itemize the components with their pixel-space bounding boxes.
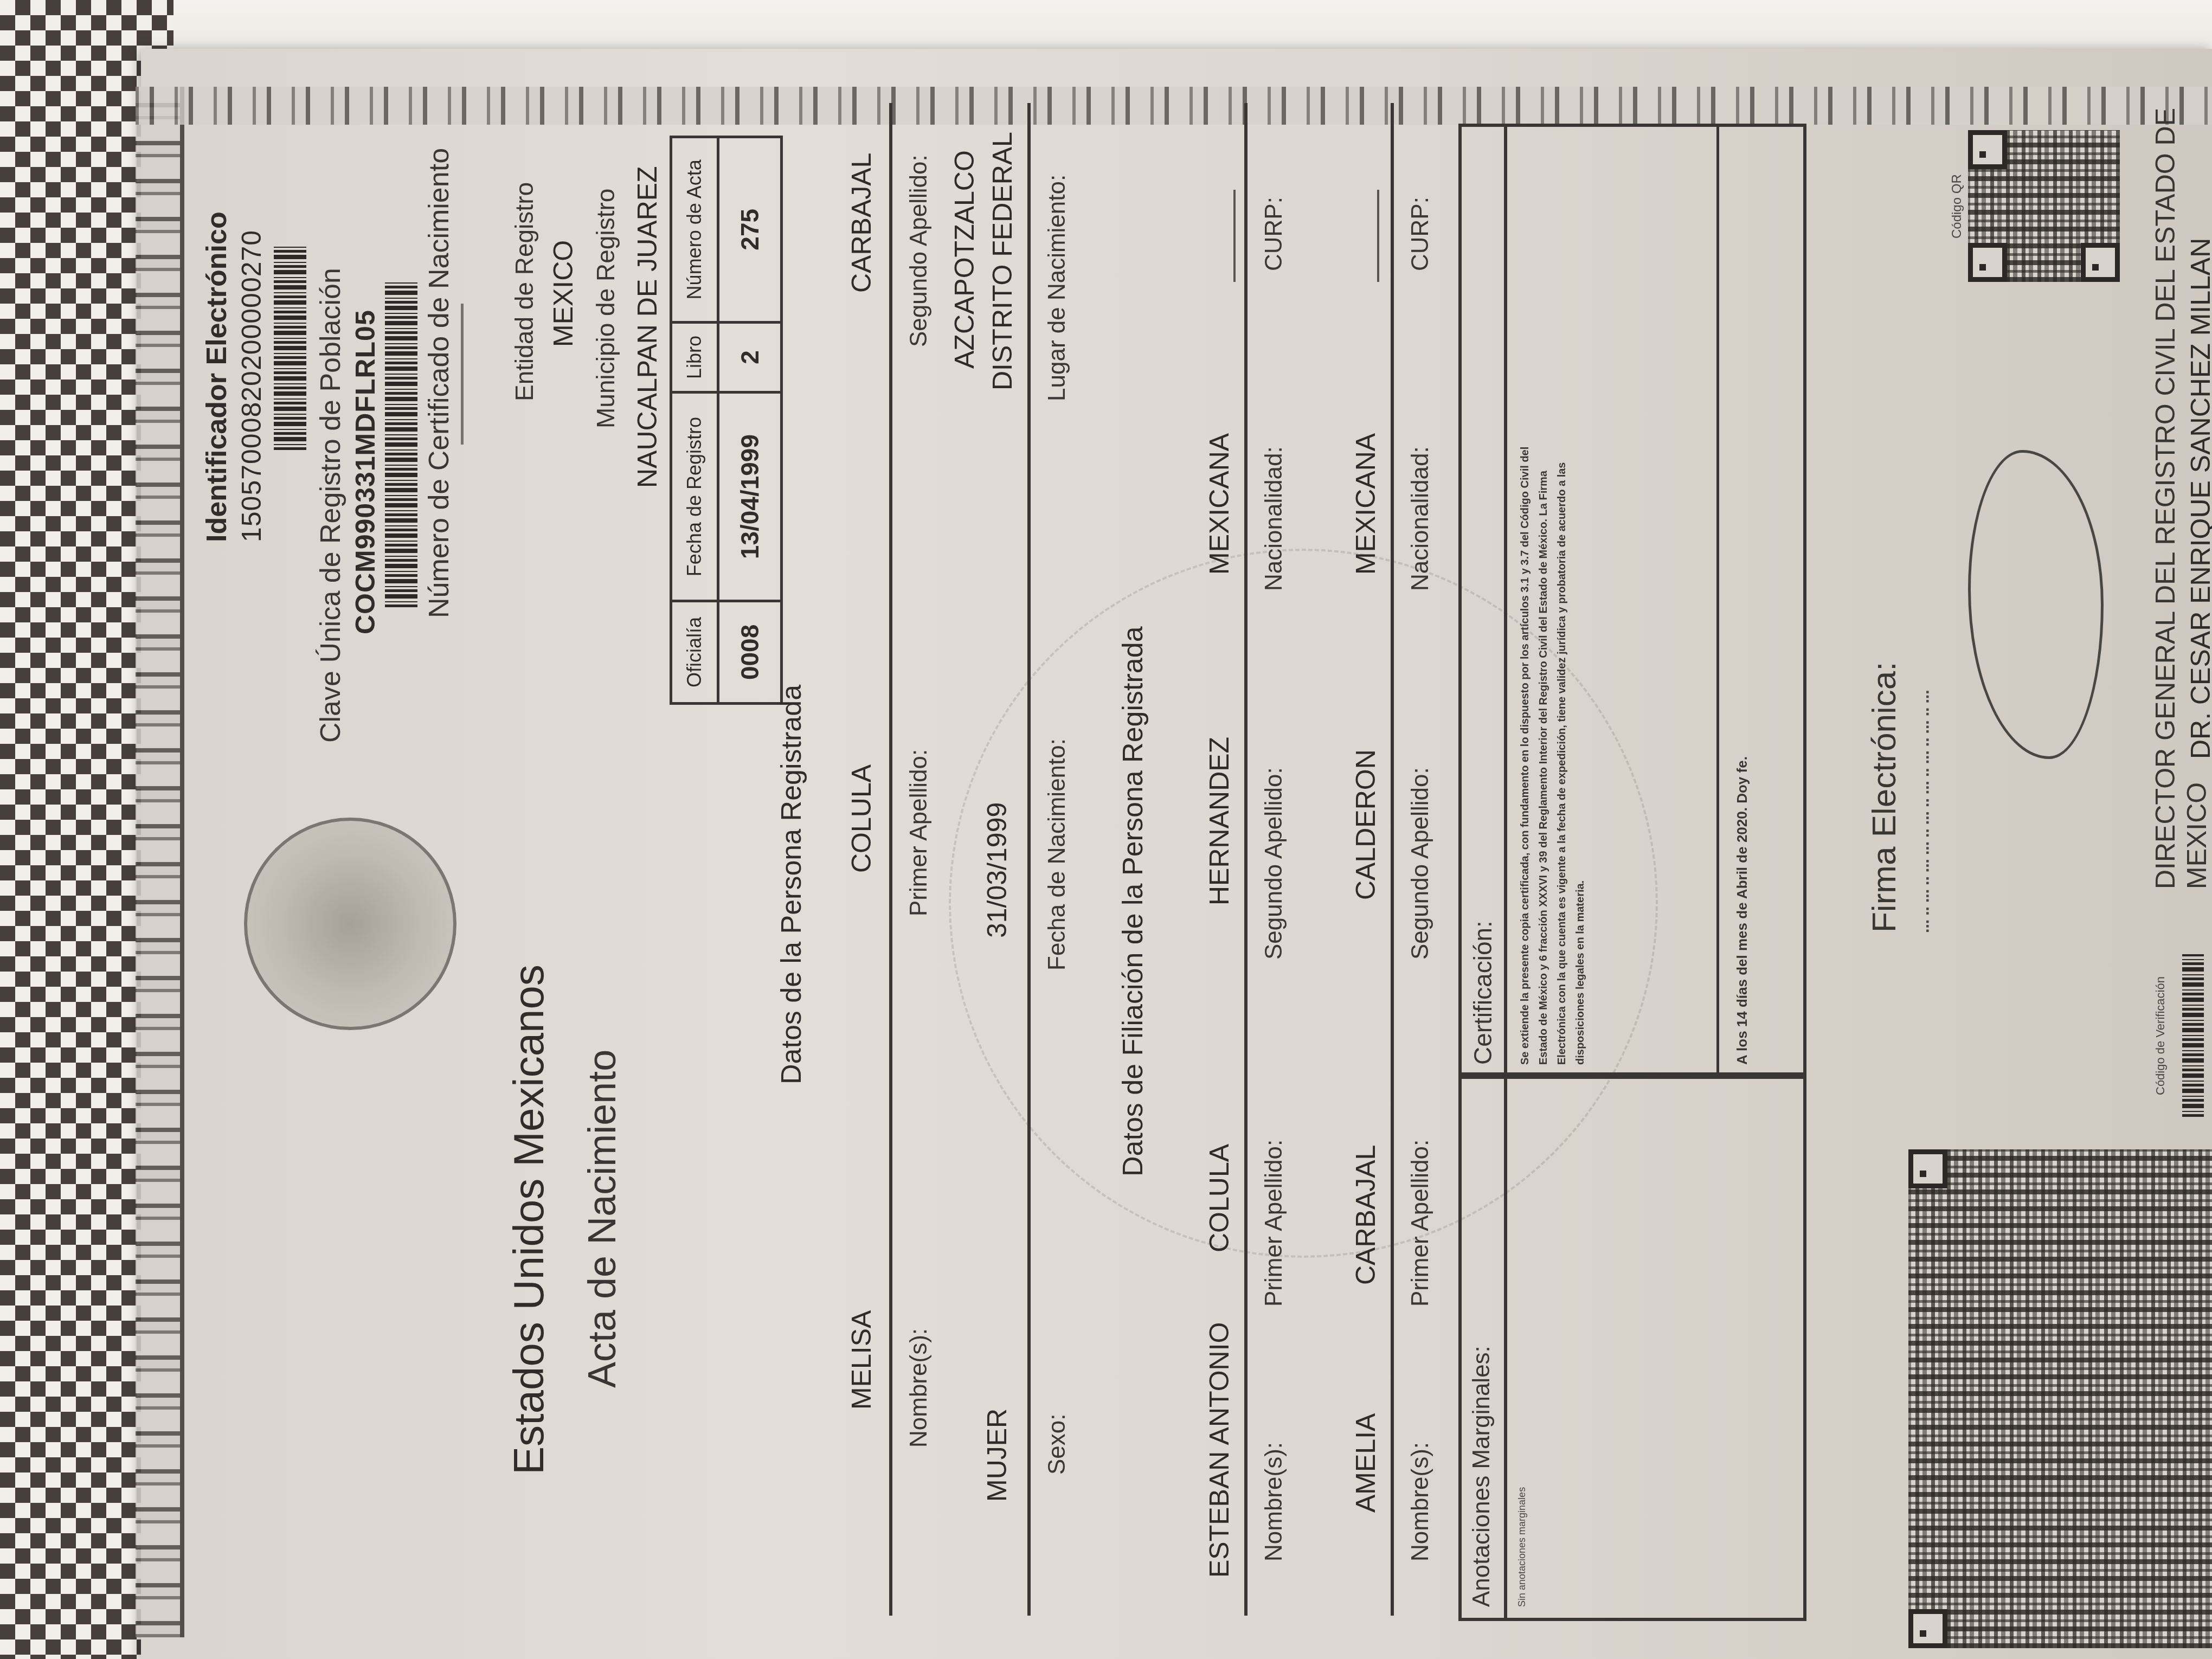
marginal-notes-box: Anotaciones Marginales: Sin anotaciones … bbox=[1458, 1072, 1806, 1621]
registered-person-section-title: Datos de la Persona Registrada bbox=[775, 685, 808, 1084]
registry-entity-label: Entidad de Registro bbox=[510, 182, 539, 401]
registry-table-cell: 13/04/1999 bbox=[718, 393, 782, 601]
qr-finder-icon bbox=[1968, 243, 2007, 282]
ornamental-border-top bbox=[136, 87, 184, 1637]
verification-barcode bbox=[2182, 954, 2204, 1117]
birth-certificate-number-value-line bbox=[461, 304, 464, 445]
verification-qr-code[interactable] bbox=[1908, 1149, 2212, 1648]
electronic-id-barcode bbox=[274, 244, 306, 450]
divider bbox=[1504, 127, 1507, 1076]
electronic-id-label: Identificador Electrónico bbox=[201, 211, 233, 542]
father-first-surname: COLULA bbox=[1204, 1144, 1235, 1252]
person-sex: MUJER bbox=[981, 1409, 1013, 1502]
divider bbox=[889, 103, 892, 1616]
document-frame: Estados Unidos Mexicanos Acta de Nacimie… bbox=[136, 87, 2212, 1637]
coat-of-arms-seal-icon bbox=[244, 818, 456, 1030]
father-nationality-label: Nacionalidad: bbox=[1261, 446, 1288, 591]
father-given-names: ESTEBAN ANTONIO bbox=[1204, 1322, 1235, 1578]
qr-code[interactable] bbox=[1968, 130, 2120, 282]
qr-finder-icon bbox=[2081, 243, 2120, 282]
person-birth-place-line2: DISTRITO FEDERAL bbox=[987, 132, 1018, 390]
electronic-id-value: 15057000820200000270 bbox=[236, 230, 267, 542]
qr-finder-icon bbox=[1908, 1149, 1947, 1188]
qr-code-label: Código QR bbox=[1949, 174, 1965, 239]
person-first-surname-label: Primer Apellido: bbox=[905, 749, 933, 916]
certification-label: Certificación: bbox=[1468, 921, 1497, 1065]
verification-code-label: Código de Verificación bbox=[2152, 976, 2169, 1095]
registry-table-header: Oficialía bbox=[671, 601, 718, 703]
certification-text: Se extiende la presente copia certificad… bbox=[1516, 441, 1590, 1065]
registry-entity-value: MEXICO bbox=[548, 240, 579, 347]
mother-second-surname: CALDERON bbox=[1350, 749, 1381, 900]
father-second-surname-label: Segundo Apellido: bbox=[1261, 767, 1288, 960]
person-birth-place-line1: AZCAPOTZALCO bbox=[949, 150, 980, 369]
handwritten-signature-icon bbox=[1968, 450, 2104, 759]
document-title: Acta de Nacimiento bbox=[580, 1050, 625, 1388]
registry-table-cell: 0008 bbox=[718, 601, 782, 703]
mother-first-surname: CARBAJAL bbox=[1350, 1145, 1381, 1285]
country-title: Estados Unidos Mexicanos bbox=[504, 964, 554, 1475]
registry-table-cell: 275 bbox=[718, 137, 782, 323]
father-nationality: MEXICANA bbox=[1204, 433, 1235, 575]
mother-second-surname-label: Segundo Apellido: bbox=[1407, 767, 1434, 960]
marginal-notes-label: Anotaciones Marginales: bbox=[1468, 1346, 1495, 1607]
certification-box: Certificación: Se extiende la presente c… bbox=[1458, 124, 1806, 1079]
filiation-section-title: Datos de Filiación de la Persona Registr… bbox=[1117, 626, 1149, 1176]
registry-table: Oficialía Fecha de Registro Libro Número… bbox=[670, 136, 783, 705]
registry-municipality-label: Municipio de Registro bbox=[591, 189, 620, 428]
mother-given-names-label: Nombre(s): bbox=[1407, 1442, 1434, 1561]
person-sex-label: Sexo: bbox=[1044, 1413, 1071, 1475]
registry-table-header: Fecha de Registro bbox=[671, 393, 718, 601]
qr-finder-icon bbox=[1968, 130, 2007, 169]
curp-label: Clave Única de Registro de Población bbox=[314, 268, 347, 743]
mother-first-surname-label: Primer Apellido: bbox=[1407, 1140, 1434, 1307]
divider bbox=[1716, 127, 1719, 1076]
mother-nationality: MEXICANA bbox=[1350, 433, 1381, 575]
marginal-notes-text: Sin anotaciones marginales bbox=[1514, 1487, 1530, 1607]
curp-value: COCM990331MDFLRL05 bbox=[350, 310, 381, 634]
person-first-surname: COLULA bbox=[846, 764, 877, 873]
divider bbox=[1504, 1076, 1507, 1618]
father-second-surname: HERNANDEZ bbox=[1204, 737, 1235, 905]
divider bbox=[1391, 103, 1394, 1616]
person-given-names: MELISA bbox=[846, 1310, 877, 1410]
father-given-names-label: Nombre(s): bbox=[1261, 1442, 1288, 1561]
mother-curp-label: CURP: bbox=[1407, 197, 1434, 271]
mother-curp-value-line bbox=[1377, 190, 1379, 282]
person-second-surname: CARBAJAL bbox=[846, 153, 877, 293]
registry-table-cell: 2 bbox=[718, 322, 782, 393]
divider bbox=[1027, 103, 1031, 1616]
ornamental-border-side bbox=[136, 87, 2212, 125]
person-given-names-label: Nombre(s): bbox=[905, 1328, 933, 1448]
mother-given-names: AMELIA bbox=[1350, 1413, 1381, 1513]
person-birth-date: 31/03/1999 bbox=[981, 802, 1013, 938]
father-first-surname-label: Primer Apellido: bbox=[1261, 1140, 1288, 1307]
registry-municipality-value: NAUCALPAN DE JUAREZ bbox=[632, 166, 663, 488]
father-curp-label: CURP: bbox=[1261, 197, 1288, 271]
birth-certificate-number-label: Número de Certificado de Nacimiento bbox=[423, 148, 455, 618]
signer-name: DR. CESAR ENRIQUE SANCHEZ MILLAN bbox=[2185, 238, 2212, 759]
mother-nationality-label: Nacionalidad: bbox=[1407, 446, 1434, 591]
certification-date: A los 14 días del mes de Abril de 2020. … bbox=[1733, 756, 1751, 1065]
curp-barcode bbox=[385, 282, 417, 607]
electronic-signature-hash: ▪▪▪ ▪▪ ▪▪▪ ▪▪ ▪▪▪ ▪▪▪ ▪▪ ▪▪▪ ▪▪ ▪▪▪ ▪▪ ▪… bbox=[1919, 499, 1935, 933]
electronic-signature-label: Firma Electrónica: bbox=[1865, 661, 1904, 933]
person-birth-date-label: Fecha de Nacimiento: bbox=[1044, 738, 1071, 970]
registry-table-header: Número de Acta bbox=[671, 137, 718, 323]
qr-finder-icon bbox=[1908, 1609, 1947, 1648]
person-birth-place-label: Lugar de Nacimiento: bbox=[1044, 175, 1071, 401]
registry-table-header: Libro bbox=[671, 322, 718, 393]
birth-certificate: Estados Unidos Mexicanos Acta de Nacimie… bbox=[136, 54, 2212, 1659]
divider bbox=[1244, 103, 1248, 1616]
father-curp-value-line bbox=[1233, 190, 1236, 282]
person-second-surname-label: Segundo Apellido: bbox=[905, 155, 933, 347]
